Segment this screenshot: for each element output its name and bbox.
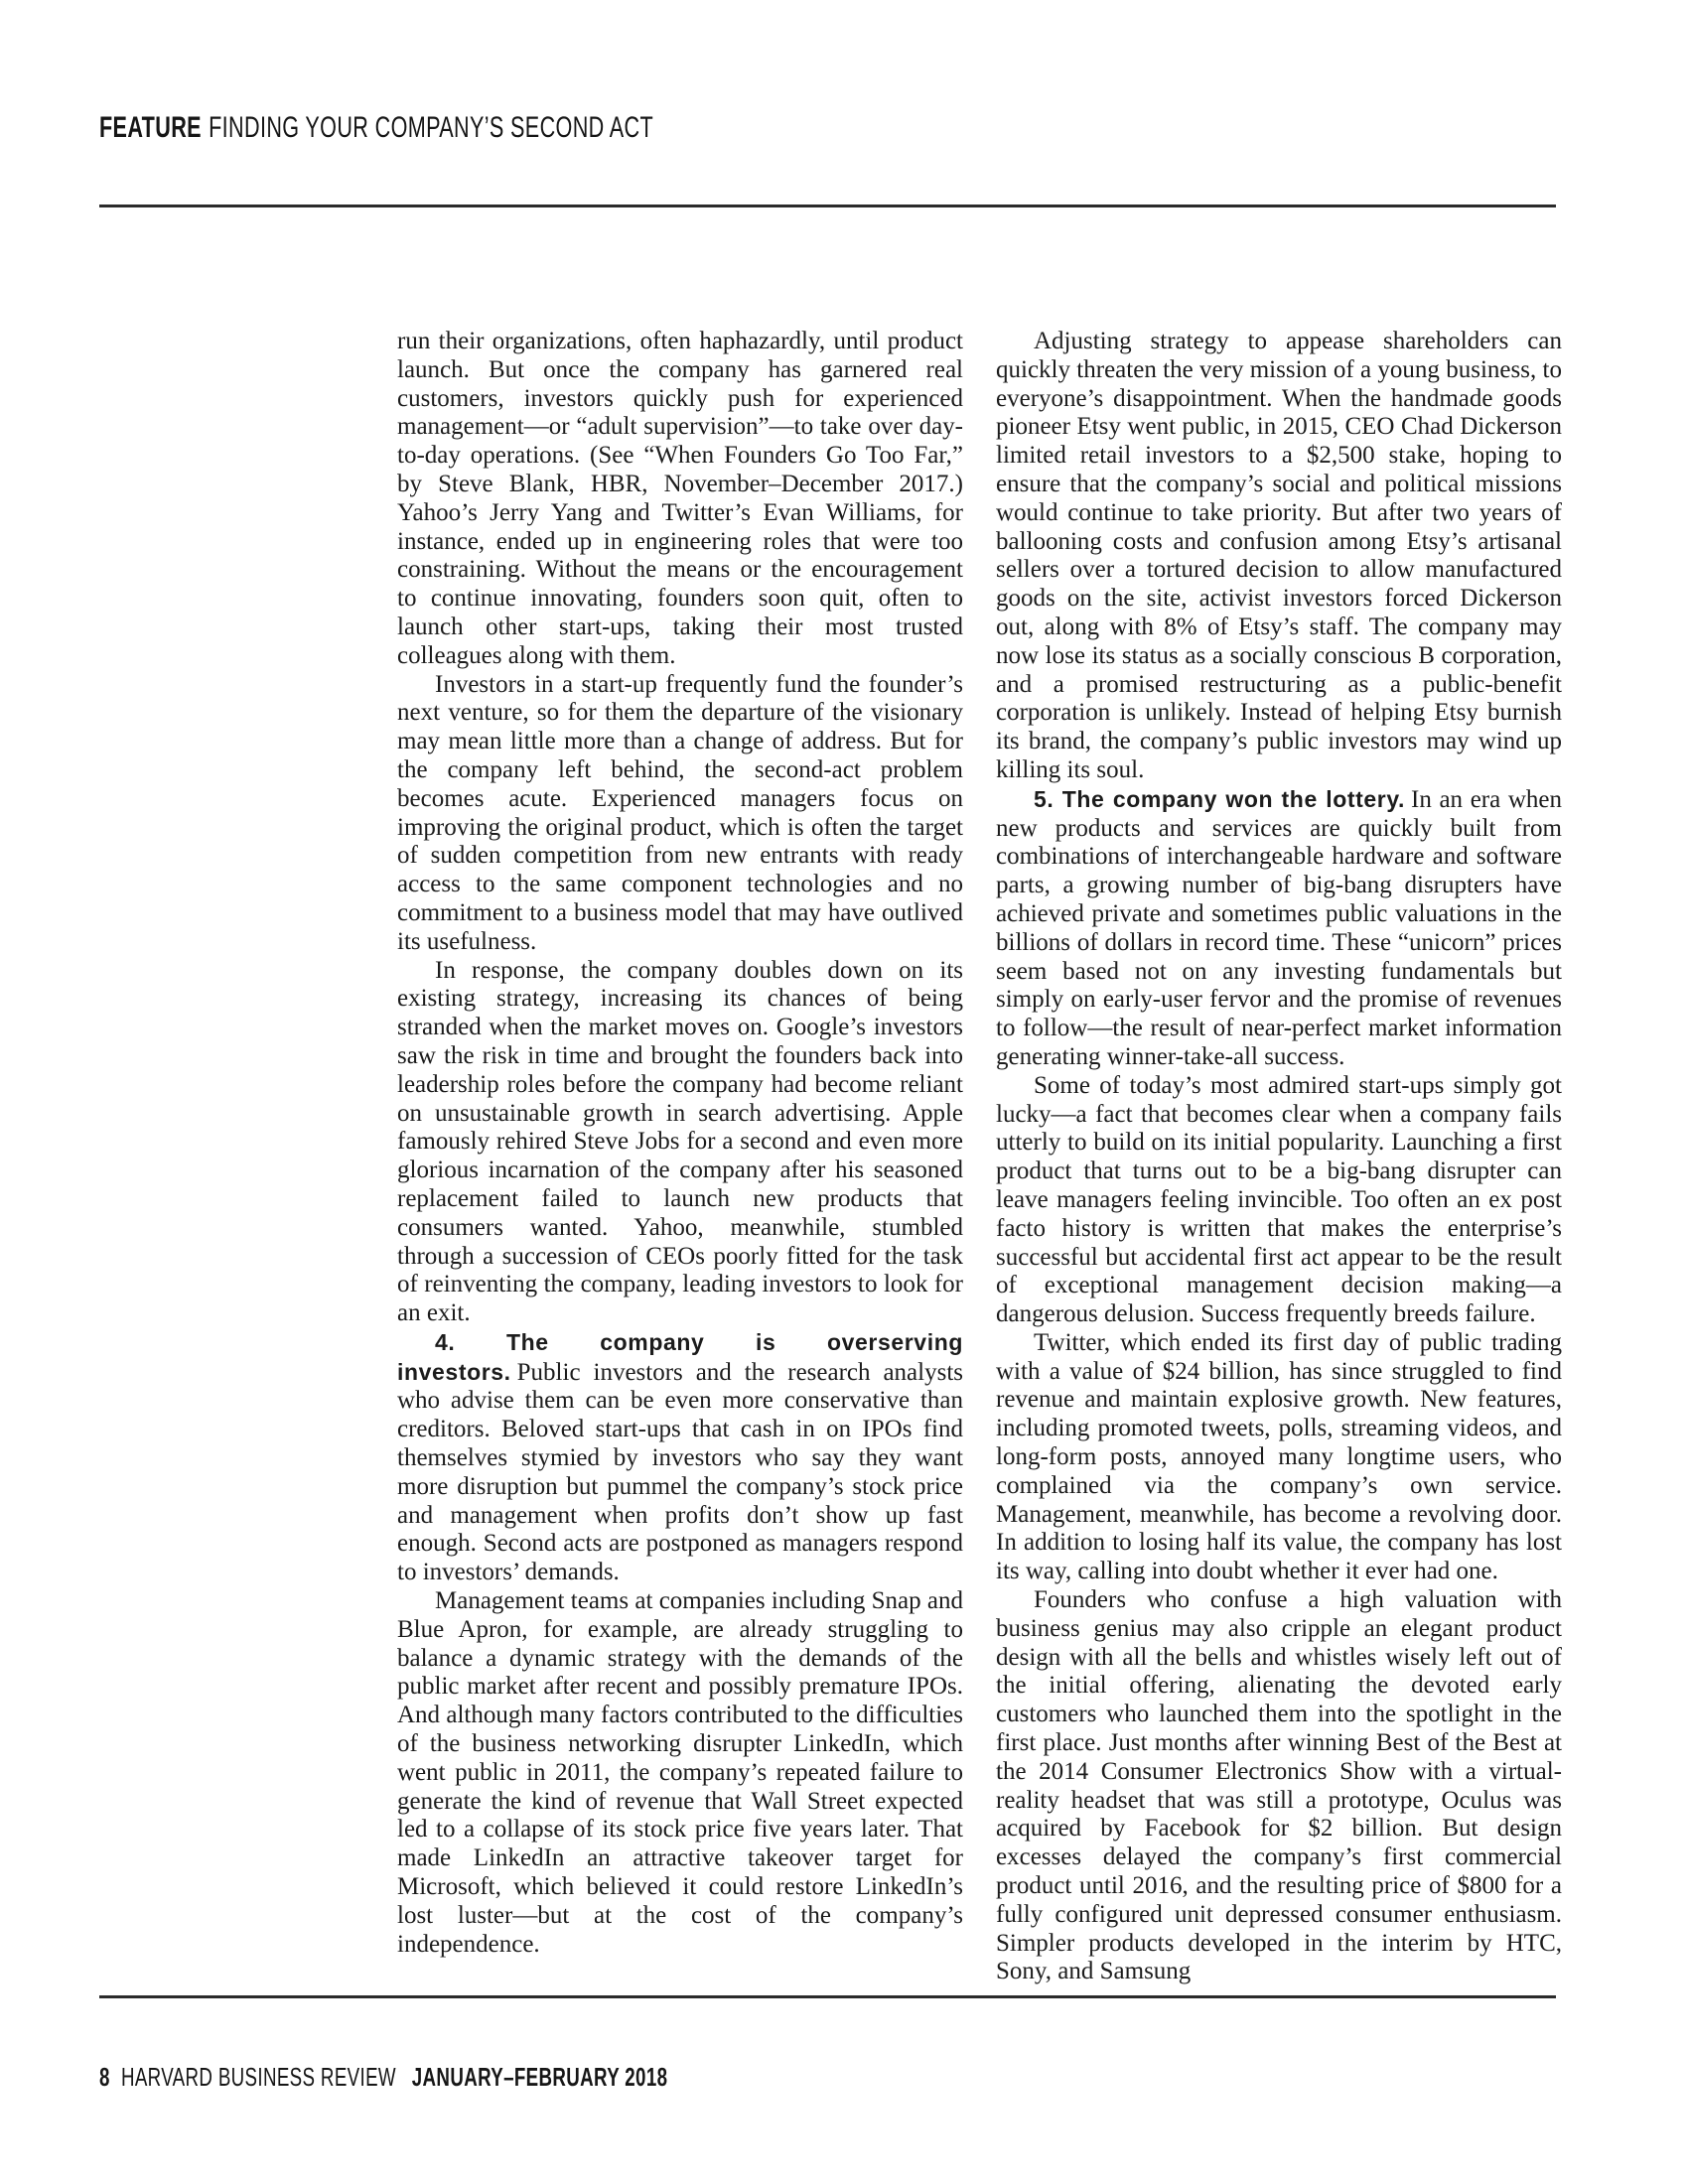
paragraph: 5. The company won the lottery.In an era… [996, 785, 1562, 1072]
running-head: FEATUREFINDING YOUR COMPANY’S SECOND ACT [99, 111, 653, 145]
header-rule [99, 205, 1556, 207]
page-number: 8 [99, 2062, 109, 2092]
paragraph: run their organizations, often haphazard… [397, 328, 963, 671]
paragraph: In response, the company doubles down on… [397, 957, 963, 1328]
paragraph: Management teams at companies including … [397, 1587, 963, 1959]
section-heading-5: 5. The company won the lottery. [1034, 786, 1411, 812]
article-title: FINDING YOUR COMPANY’S SECOND ACT [209, 111, 653, 144]
running-foot: 8HARVARD BUSINESS REVIEWJANUARY–FEBRUARY… [99, 2063, 667, 2091]
paragraph: Adjusting strategy to appease shareholde… [996, 328, 1562, 785]
paragraph: Twitter, which ended its first day of pu… [996, 1329, 1562, 1586]
paragraph: Some of today’s most admired start-ups s… [996, 1072, 1562, 1329]
magazine-page: FEATUREFINDING YOUR COMPANY’S SECOND ACT… [0, 0, 1688, 2184]
text-column-right: Adjusting strategy to appease shareholde… [996, 328, 1562, 1995]
paragraph: 4. The company is overserving investors.… [397, 1328, 963, 1587]
text-column-left: run their organizations, often haphazard… [397, 328, 963, 1995]
publication-name: HARVARD BUSINESS REVIEW [121, 2062, 396, 2092]
footer-rule [99, 1995, 1556, 1998]
issue-date: JANUARY–FEBRUARY 2018 [412, 2062, 668, 2092]
paragraph: Founders who confuse a high valuation wi… [996, 1586, 1562, 1986]
paragraph: Investors in a start-up frequently fund … [397, 671, 963, 957]
feature-kicker: FEATURE [99, 111, 202, 144]
